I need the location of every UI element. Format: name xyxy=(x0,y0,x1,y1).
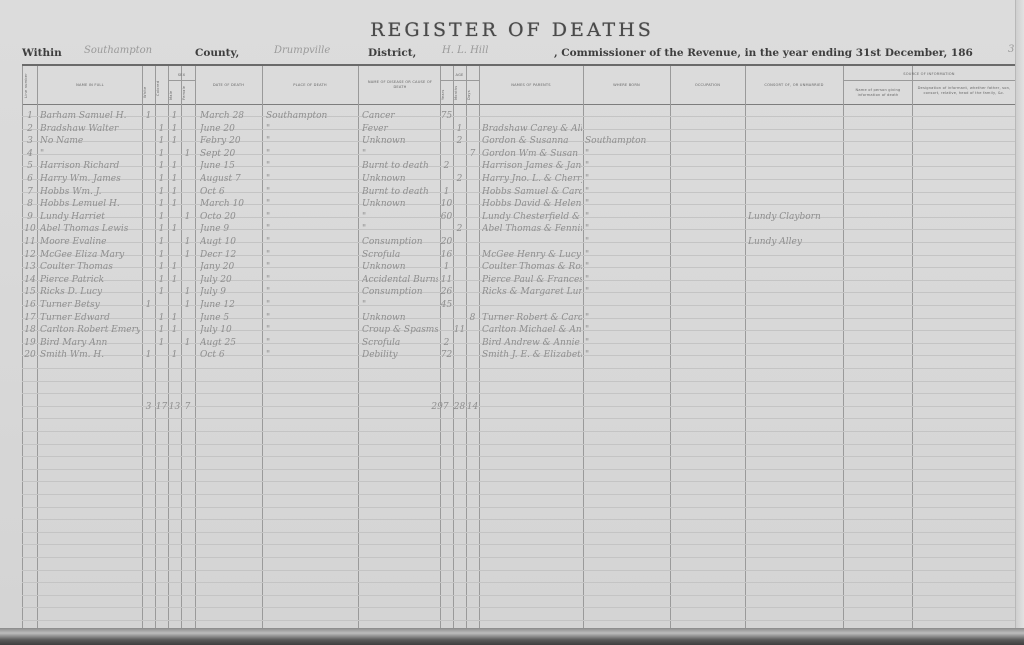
cell-days xyxy=(466,198,479,210)
cell-date: Octo 20 xyxy=(200,211,260,223)
cell-date: June 12 xyxy=(200,299,260,311)
cell-white xyxy=(142,186,155,198)
cell-disease: " xyxy=(362,299,438,311)
district-value: H. L. Hill xyxy=(442,45,488,56)
cell-years xyxy=(440,324,453,336)
cell-parents: Gordon & Susanna xyxy=(482,135,582,147)
cell-days xyxy=(466,135,479,147)
cell-months: 11 xyxy=(453,324,466,336)
cell-parents: Hobbs Samuel & Caroline xyxy=(482,186,582,198)
cell-name: Coulter Thomas xyxy=(40,261,140,273)
cell-occupation xyxy=(672,186,744,198)
cell-date: June 5 xyxy=(200,312,260,324)
cell-white xyxy=(142,160,155,172)
cell-parents: Lundy Chesterfield & Lucky xyxy=(482,211,582,223)
cell-female: 1 xyxy=(181,236,194,248)
cell-occupation xyxy=(672,261,744,273)
cell-colored: 1 xyxy=(155,249,168,261)
cell-male xyxy=(168,299,181,311)
cell-occupation xyxy=(672,148,744,160)
col-consort: CONSORT OF, OR UNMARRIED xyxy=(747,83,841,88)
cell-place: " xyxy=(266,198,356,210)
cell-born xyxy=(585,110,669,122)
cell-date: July 20 xyxy=(200,274,260,286)
cell-white xyxy=(142,312,155,324)
cell-parents xyxy=(482,236,582,248)
cell-place: " xyxy=(266,223,356,235)
cell-parents: Bradshaw Carey & Alleane xyxy=(482,123,582,135)
cell-parents: Harrison James & Jane xyxy=(482,160,582,172)
cell-days xyxy=(466,173,479,185)
row-line xyxy=(22,456,1015,457)
cell-white xyxy=(142,211,155,223)
col-where-born: WHERE BORN xyxy=(585,83,668,88)
total-colored: 17 xyxy=(155,401,168,413)
cell-disease: Unknown xyxy=(362,261,438,273)
cell-date: Sept 20 xyxy=(200,148,260,160)
cell-male: 1 xyxy=(168,173,181,185)
cell-name: Bradshaw Walter xyxy=(40,123,140,135)
cell-no: 14 xyxy=(23,274,37,286)
cell-colored: 1 xyxy=(155,236,168,248)
cell-born: " xyxy=(585,274,669,286)
cell-disease: Burnt to death xyxy=(362,186,438,198)
cell-date: Augt 25 xyxy=(200,337,260,349)
cell-white xyxy=(142,274,155,286)
cell-parents: Gordon Wm & Susan xyxy=(482,148,582,160)
cell-disease: Unknown xyxy=(362,198,438,210)
cell-white xyxy=(142,286,155,298)
cell-place: " xyxy=(266,135,356,147)
cell-white xyxy=(142,148,155,160)
cell-years: 1 xyxy=(440,261,453,273)
col-age: AGE xyxy=(440,73,479,78)
cell-consort xyxy=(748,198,842,210)
cell-born xyxy=(585,123,669,135)
district-label: District, xyxy=(368,47,416,59)
cell-consort: Lundy Alley xyxy=(748,236,842,248)
cell-female xyxy=(181,135,194,147)
cell-name: Hobbs Lemuel H. xyxy=(40,198,140,210)
total-days: 14 xyxy=(466,401,479,413)
page-title: REGISTER OF DEATHS xyxy=(0,19,1024,41)
cell-white xyxy=(142,223,155,235)
cell-days xyxy=(466,286,479,298)
cell-disease: " xyxy=(362,223,438,235)
cell-days xyxy=(466,236,479,248)
cell-no: 8 xyxy=(23,198,37,210)
cell-parents: Bird Andrew & Annie xyxy=(482,337,582,349)
age-subrule xyxy=(440,80,479,81)
cell-name: Moore Evaline xyxy=(40,236,140,248)
cell-occupation xyxy=(672,173,744,185)
sex-subrule xyxy=(168,80,195,81)
year-digit: 3 xyxy=(1008,44,1014,55)
row-line xyxy=(22,607,1015,608)
cell-no: 5 xyxy=(23,160,37,172)
cell-colored: 1 xyxy=(155,198,168,210)
cell-consort xyxy=(748,110,842,122)
cell-no: 15 xyxy=(23,286,37,298)
total-female: 7 xyxy=(181,401,194,413)
cell-no: 16 xyxy=(23,299,37,311)
cell-place: " xyxy=(266,123,356,135)
cell-born: " xyxy=(585,148,669,160)
cell-months xyxy=(453,349,466,361)
cell-years: 75 xyxy=(440,110,453,122)
cell-female xyxy=(181,186,194,198)
cell-date: August 7 xyxy=(200,173,260,185)
cell-occupation xyxy=(672,249,744,261)
cell-days xyxy=(466,299,479,311)
cell-white xyxy=(142,236,155,248)
cell-colored: 1 xyxy=(155,274,168,286)
cell-years: 45 xyxy=(440,299,453,311)
cell-days xyxy=(466,110,479,122)
cell-months: 2 xyxy=(453,135,466,147)
cell-male xyxy=(168,236,181,248)
cell-date: March 10 xyxy=(200,198,260,210)
col-relationship: Designation of informant, whether father… xyxy=(914,86,1014,96)
cell-male xyxy=(168,286,181,298)
within-value: Southampton xyxy=(84,45,152,56)
cell-white xyxy=(142,123,155,135)
col-years: Years xyxy=(441,88,452,102)
cell-colored: 1 xyxy=(155,324,168,336)
row-line xyxy=(22,582,1015,583)
cell-days xyxy=(466,261,479,273)
cell-white xyxy=(142,173,155,185)
cell-place: " xyxy=(266,299,356,311)
cell-years: 11 xyxy=(440,274,453,286)
col-white: White xyxy=(143,82,154,102)
cell-parents: McGee Henry & Lucy xyxy=(482,249,582,261)
cell-years xyxy=(440,135,453,147)
col-date: DATE OF DEATH xyxy=(197,83,260,88)
cell-consort xyxy=(748,261,842,273)
cell-days xyxy=(466,274,479,286)
col-days: Days xyxy=(467,88,478,102)
cell-years xyxy=(440,123,453,135)
cell-consort xyxy=(748,324,842,336)
row-line xyxy=(22,544,1015,545)
cell-disease: Accidental Burns xyxy=(362,274,438,286)
cell-name: No Name xyxy=(40,135,140,147)
row-line xyxy=(22,469,1015,470)
cell-consort: Lundy Clayborn xyxy=(748,211,842,223)
cell-colored: 1 xyxy=(155,186,168,198)
column-header-rule xyxy=(22,104,1017,105)
cell-born: " xyxy=(585,211,669,223)
cell-consort xyxy=(748,299,842,311)
cell-female: 1 xyxy=(181,148,194,160)
cell-white: 1 xyxy=(142,299,155,311)
cell-no: 6 xyxy=(23,173,37,185)
total-white: 3 xyxy=(142,401,155,413)
cell-male: 1 xyxy=(168,312,181,324)
cell-parents: Smith J. E. & Elizabeth xyxy=(482,349,582,361)
cell-months xyxy=(453,211,466,223)
cell-months xyxy=(453,337,466,349)
cell-no: 11 xyxy=(23,236,37,248)
cell-occupation xyxy=(672,337,744,349)
cell-parents: Ricks & Margaret Lunda xyxy=(482,286,582,298)
cell-female: 1 xyxy=(181,337,194,349)
cell-years: 1 xyxy=(440,186,453,198)
cell-months xyxy=(453,148,466,160)
cell-place: " xyxy=(266,312,356,324)
cell-occupation xyxy=(672,160,744,172)
row-line xyxy=(22,368,1015,369)
cell-no: 1 xyxy=(23,110,37,122)
cell-disease: Consumption xyxy=(362,236,438,248)
cell-male xyxy=(168,337,181,349)
cell-white: 1 xyxy=(142,110,155,122)
col-informant: Name of person giving information of dea… xyxy=(846,88,910,98)
cell-occupation xyxy=(672,110,744,122)
col-name: NAME IN FULL xyxy=(40,83,140,88)
cell-date: June 15 xyxy=(200,160,260,172)
cell-months xyxy=(453,261,466,273)
cell-disease: Croup & Spasms xyxy=(362,324,438,336)
row-line xyxy=(22,595,1015,596)
row-line xyxy=(22,481,1015,482)
cell-date: Augt 10 xyxy=(200,236,260,248)
cell-occupation xyxy=(672,299,744,311)
cell-occupation xyxy=(672,135,744,147)
cell-male: 1 xyxy=(168,160,181,172)
cell-name: Ricks D. Lucy xyxy=(40,286,140,298)
cell-male: 1 xyxy=(168,349,181,361)
cell-no: 2 xyxy=(23,123,37,135)
cell-male xyxy=(168,211,181,223)
cell-consort xyxy=(748,223,842,235)
cell-name: Pierce Patrick xyxy=(40,274,140,286)
cell-place: " xyxy=(266,274,356,286)
cell-female xyxy=(181,160,194,172)
cell-disease: Scrofula xyxy=(362,337,438,349)
cell-born: Southampton xyxy=(585,135,669,147)
cell-consort xyxy=(748,274,842,286)
cell-place: " xyxy=(266,349,356,361)
cell-disease: Debility xyxy=(362,349,438,361)
col-place: PLACE OF DEATH xyxy=(264,83,356,88)
cell-name: Carlton Robert Emery xyxy=(40,324,140,336)
cell-date: Oct 6 xyxy=(200,349,260,361)
row-line xyxy=(22,519,1015,520)
cell-years: 72 xyxy=(440,349,453,361)
cell-place: " xyxy=(266,324,356,336)
cell-no: 20 xyxy=(23,349,37,361)
cell-born: " xyxy=(585,349,669,361)
cell-years xyxy=(440,173,453,185)
cell-date: Decr 12 xyxy=(200,249,260,261)
cell-disease: Unknown xyxy=(362,135,438,147)
cell-colored: 1 xyxy=(155,160,168,172)
cell-days xyxy=(466,249,479,261)
cell-colored: 1 xyxy=(155,337,168,349)
cell-colored: 1 xyxy=(155,312,168,324)
cell-female xyxy=(181,173,194,185)
cell-months xyxy=(453,249,466,261)
cell-place: " xyxy=(266,186,356,198)
cell-disease: Fever xyxy=(362,123,438,135)
cell-no: 18 xyxy=(23,324,37,336)
cell-occupation xyxy=(672,349,744,361)
cell-months xyxy=(453,160,466,172)
row-line xyxy=(22,507,1015,508)
county-label: County, xyxy=(195,47,239,59)
cell-months: 2 xyxy=(453,173,466,185)
cell-years xyxy=(440,148,453,160)
cell-female xyxy=(181,312,194,324)
cell-born: " xyxy=(585,286,669,298)
cell-consort xyxy=(748,148,842,160)
cell-name: Harrison Richard xyxy=(40,160,140,172)
cell-months xyxy=(453,186,466,198)
cell-consort xyxy=(748,135,842,147)
cell-consort xyxy=(748,173,842,185)
cell-born: " xyxy=(585,186,669,198)
cell-occupation xyxy=(672,324,744,336)
cell-days xyxy=(466,160,479,172)
cell-parents xyxy=(482,110,582,122)
cell-born: " xyxy=(585,236,669,248)
total-years: 297 xyxy=(428,401,452,413)
cell-days xyxy=(466,349,479,361)
cell-no: 10 xyxy=(23,223,37,235)
cell-male: 1 xyxy=(168,223,181,235)
cell-parents: Harry Jno. L. & Cherry xyxy=(482,173,582,185)
cell-parents: Carlton Michael & Ann xyxy=(482,324,582,336)
cell-place: " xyxy=(266,249,356,261)
cell-male: 1 xyxy=(168,186,181,198)
cell-date: June 20 xyxy=(200,123,260,135)
col-months: Months xyxy=(454,84,465,102)
county-value: Drumpville xyxy=(274,45,330,56)
cell-colored: 1 xyxy=(155,148,168,160)
header-line: Within Southampton County, Drumpville Di… xyxy=(22,45,1017,63)
cell-disease: Unknown xyxy=(362,173,438,185)
cell-male: 1 xyxy=(168,198,181,210)
cell-male: 1 xyxy=(168,274,181,286)
cell-born xyxy=(585,299,669,311)
cell-no: 17 xyxy=(23,312,37,324)
register-page: REGISTER OF DEATHS Within Southampton Co… xyxy=(0,0,1024,630)
col-colored: Colored xyxy=(156,74,167,102)
cell-occupation xyxy=(672,236,744,248)
row-line xyxy=(22,431,1015,432)
cell-name: " xyxy=(40,148,140,160)
cell-days xyxy=(466,337,479,349)
cell-male: 1 xyxy=(168,261,181,273)
cell-name: Bird Mary Ann xyxy=(40,337,140,349)
cell-disease: Consumption xyxy=(362,286,438,298)
cell-months xyxy=(453,299,466,311)
cell-colored: 1 xyxy=(155,123,168,135)
cell-place: " xyxy=(266,160,356,172)
cell-born: " xyxy=(585,160,669,172)
cell-years xyxy=(440,223,453,235)
cell-date: June 9 xyxy=(200,223,260,235)
cell-female xyxy=(181,324,194,336)
cell-years: 60 xyxy=(440,211,453,223)
cell-name: Barham Samuel H. xyxy=(40,110,140,122)
cell-male: 1 xyxy=(168,324,181,336)
cell-born: " xyxy=(585,324,669,336)
cell-days xyxy=(466,123,479,135)
cell-occupation xyxy=(672,274,744,286)
col-male: Male xyxy=(169,88,180,102)
cell-born: " xyxy=(585,312,669,324)
cell-date: March 28 xyxy=(200,110,260,122)
cell-place: " xyxy=(266,236,356,248)
cell-occupation xyxy=(672,198,744,210)
col-number: Line number xyxy=(24,70,34,102)
cell-occupation xyxy=(672,211,744,223)
cell-born: " xyxy=(585,337,669,349)
cell-months: 2 xyxy=(453,223,466,235)
cell-no: 9 xyxy=(23,211,37,223)
source-subrule xyxy=(843,80,1015,81)
cell-days xyxy=(466,186,479,198)
cell-occupation xyxy=(672,312,744,324)
cell-months xyxy=(453,312,466,324)
cell-parents: Hobbs David & Helen xyxy=(482,198,582,210)
cell-consort xyxy=(748,186,842,198)
cell-colored xyxy=(155,110,168,122)
row-line xyxy=(22,620,1015,621)
row-line xyxy=(22,557,1015,558)
cell-born: " xyxy=(585,261,669,273)
cell-male: 1 xyxy=(168,123,181,135)
cell-consort xyxy=(748,349,842,361)
col-female: Female xyxy=(182,84,193,102)
cell-disease: Cancer xyxy=(362,110,438,122)
cell-place: " xyxy=(266,286,356,298)
cell-days xyxy=(466,211,479,223)
within-label: Within xyxy=(22,47,62,59)
col-occupation: OCCUPATION xyxy=(672,83,743,88)
cell-female: 1 xyxy=(181,299,194,311)
cell-place: " xyxy=(266,211,356,223)
cell-born: " xyxy=(585,249,669,261)
cell-disease: Burnt to death xyxy=(362,160,438,172)
page-right-edge xyxy=(1015,0,1024,630)
col-sex: SEX xyxy=(168,73,195,78)
cell-place: " xyxy=(266,173,356,185)
cell-colored: 1 xyxy=(155,173,168,185)
col-parents: NAMES OF PARENTS xyxy=(481,83,581,88)
cell-parents: Turner Robert & Caroline xyxy=(482,312,582,324)
cell-parents xyxy=(482,299,582,311)
cell-colored: 1 xyxy=(155,223,168,235)
cell-date: Febry 20 xyxy=(200,135,260,147)
cell-female xyxy=(181,261,194,273)
cell-female xyxy=(181,274,194,286)
cell-years: 10 xyxy=(440,198,453,210)
cell-white: 1 xyxy=(142,349,155,361)
row-line xyxy=(22,494,1015,495)
cell-years: 16 xyxy=(440,249,453,261)
row-line xyxy=(22,570,1015,571)
cell-occupation xyxy=(672,223,744,235)
cell-years: 2 xyxy=(440,160,453,172)
cell-months xyxy=(453,198,466,210)
cell-female xyxy=(181,123,194,135)
cell-months xyxy=(453,110,466,122)
cell-disease: " xyxy=(362,148,438,160)
